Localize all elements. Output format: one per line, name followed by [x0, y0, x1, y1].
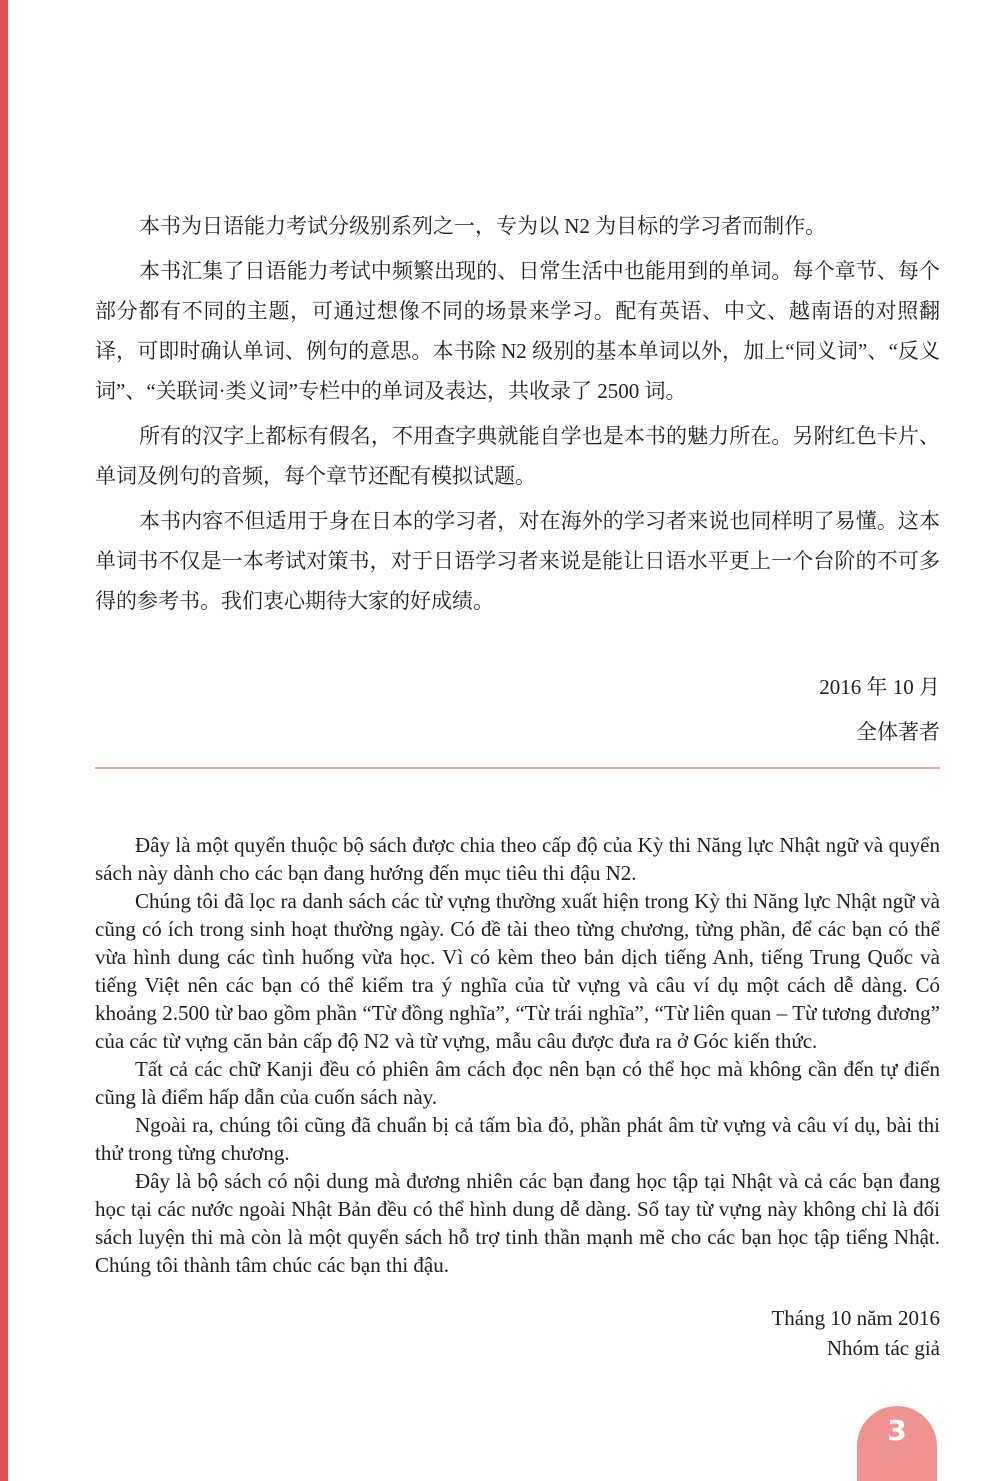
- book-page: 本书为日语能力考试分级别系列之一，专为以 N2 为目标的学习者而制作。 本书汇集…: [0, 0, 1008, 1481]
- cn-signature: 2016 年 10 月 全体著者: [95, 665, 940, 755]
- cn-paragraph-1: 本书为日语能力考试分级别系列之一，专为以 N2 为目标的学习者而制作。: [95, 206, 940, 246]
- page-content: 本书为日语能力考试分级别系列之一，专为以 N2 为目标的学习者而制作。 本书汇集…: [95, 0, 940, 1363]
- section-divider: [95, 767, 940, 769]
- vi-signature: Tháng 10 năm 2016 Nhóm tác giả: [95, 1303, 940, 1363]
- left-accent-stripe: [0, 0, 8, 1481]
- chinese-preface: 本书为日语能力考试分级别系列之一，专为以 N2 为目标的学习者而制作。 本书汇集…: [95, 206, 940, 755]
- cn-signature-date: 2016 年 10 月: [95, 665, 940, 710]
- cn-signature-author: 全体著者: [95, 710, 940, 755]
- cn-paragraph-2: 本书汇集了日语能力考试中频繁出现的、日常生活中也能用到的单词。每个章节、每个部分…: [95, 251, 940, 411]
- vi-paragraph-2: Chúng tôi đã lọc ra danh sách các từ vựn…: [95, 887, 940, 1055]
- vi-paragraph-5: Đây là bộ sách có nội dung mà đương nhiê…: [95, 1167, 940, 1279]
- vi-paragraph-4: Ngoài ra, chúng tôi cũng đã chuẩn bị cả …: [95, 1111, 940, 1167]
- page-number-tab: 3: [857, 1406, 937, 1481]
- vi-paragraph-1: Đây là một quyển thuộc bộ sách được chia…: [95, 831, 940, 887]
- vi-signature-author: Nhóm tác giả: [95, 1333, 940, 1363]
- vietnamese-preface: Đây là một quyển thuộc bộ sách được chia…: [95, 831, 940, 1363]
- page-number: 3: [887, 1417, 906, 1445]
- cn-paragraph-3: 所有的汉字上都标有假名，不用查字典就能自学也是本书的魅力所在。另附红色卡片、单词…: [95, 416, 940, 496]
- vi-paragraph-3: Tất cả các chữ Kanji đều có phiên âm các…: [95, 1055, 940, 1111]
- cn-paragraph-4: 本书内容不但适用于身在日本的学习者，对在海外的学习者来说也同样明了易懂。这本单词…: [95, 501, 940, 621]
- vi-signature-date: Tháng 10 năm 2016: [95, 1303, 940, 1333]
